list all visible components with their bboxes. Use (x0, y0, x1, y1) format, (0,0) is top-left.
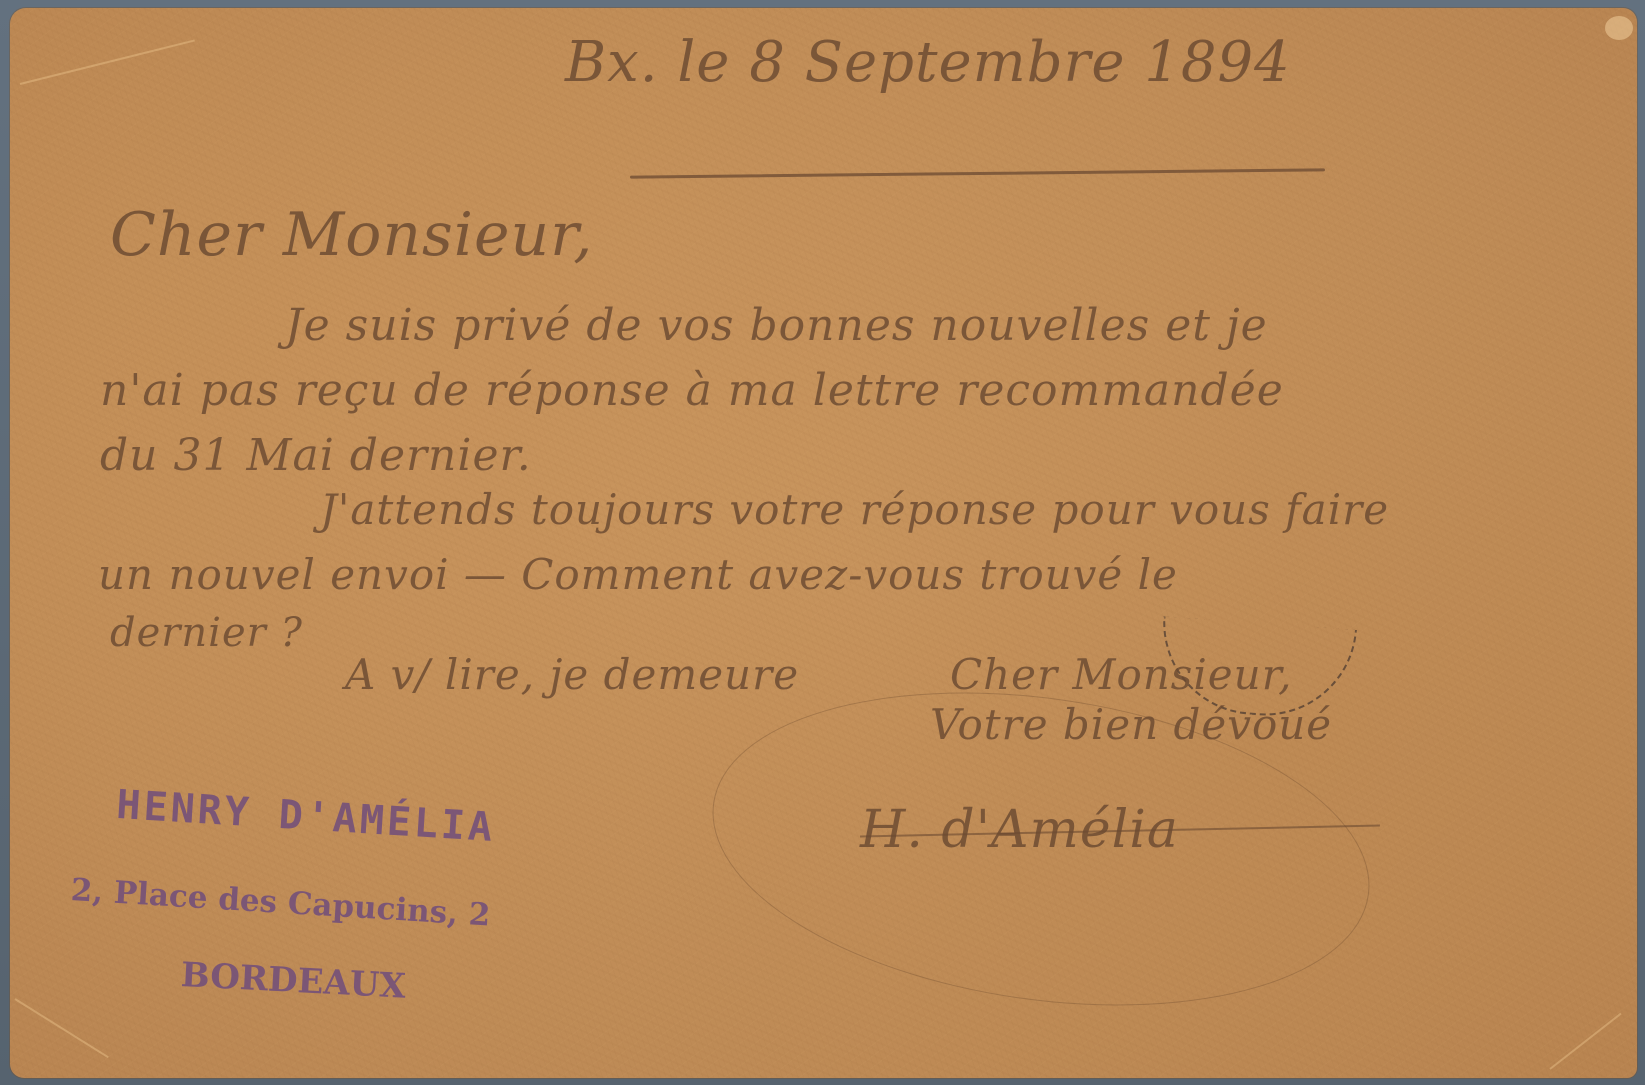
letter-line-6: dernier ? (110, 610, 303, 656)
letter-line-1: Je suis privé de vos bonnes nouvelles et… (285, 300, 1268, 351)
letter-line-3: du 31 Mai dernier. (100, 430, 532, 481)
letter-line-2: n'ai pas reçu de réponse à ma lettre rec… (100, 365, 1284, 416)
letter-line-7: A v/ lire, je demeure (345, 650, 799, 699)
letter-dateline: Bx. le 8 Septembre 1894 (565, 30, 1291, 95)
letter-closing-salutation: Cher Monsieur, (950, 650, 1293, 699)
paper-crease (1549, 1013, 1621, 1070)
letter-closing: Votre bien dévoué (930, 700, 1332, 749)
paper-crease (14, 998, 108, 1058)
letter-line-5: un nouvel envoi — Comment avez-vous trou… (98, 550, 1178, 599)
paper-crease (20, 39, 195, 84)
letter-line-4: J'attends toujours votre réponse pour vo… (320, 485, 1389, 534)
letter-salutation: Cher Monsieur, (110, 200, 593, 270)
corner-wear (1605, 16, 1633, 40)
